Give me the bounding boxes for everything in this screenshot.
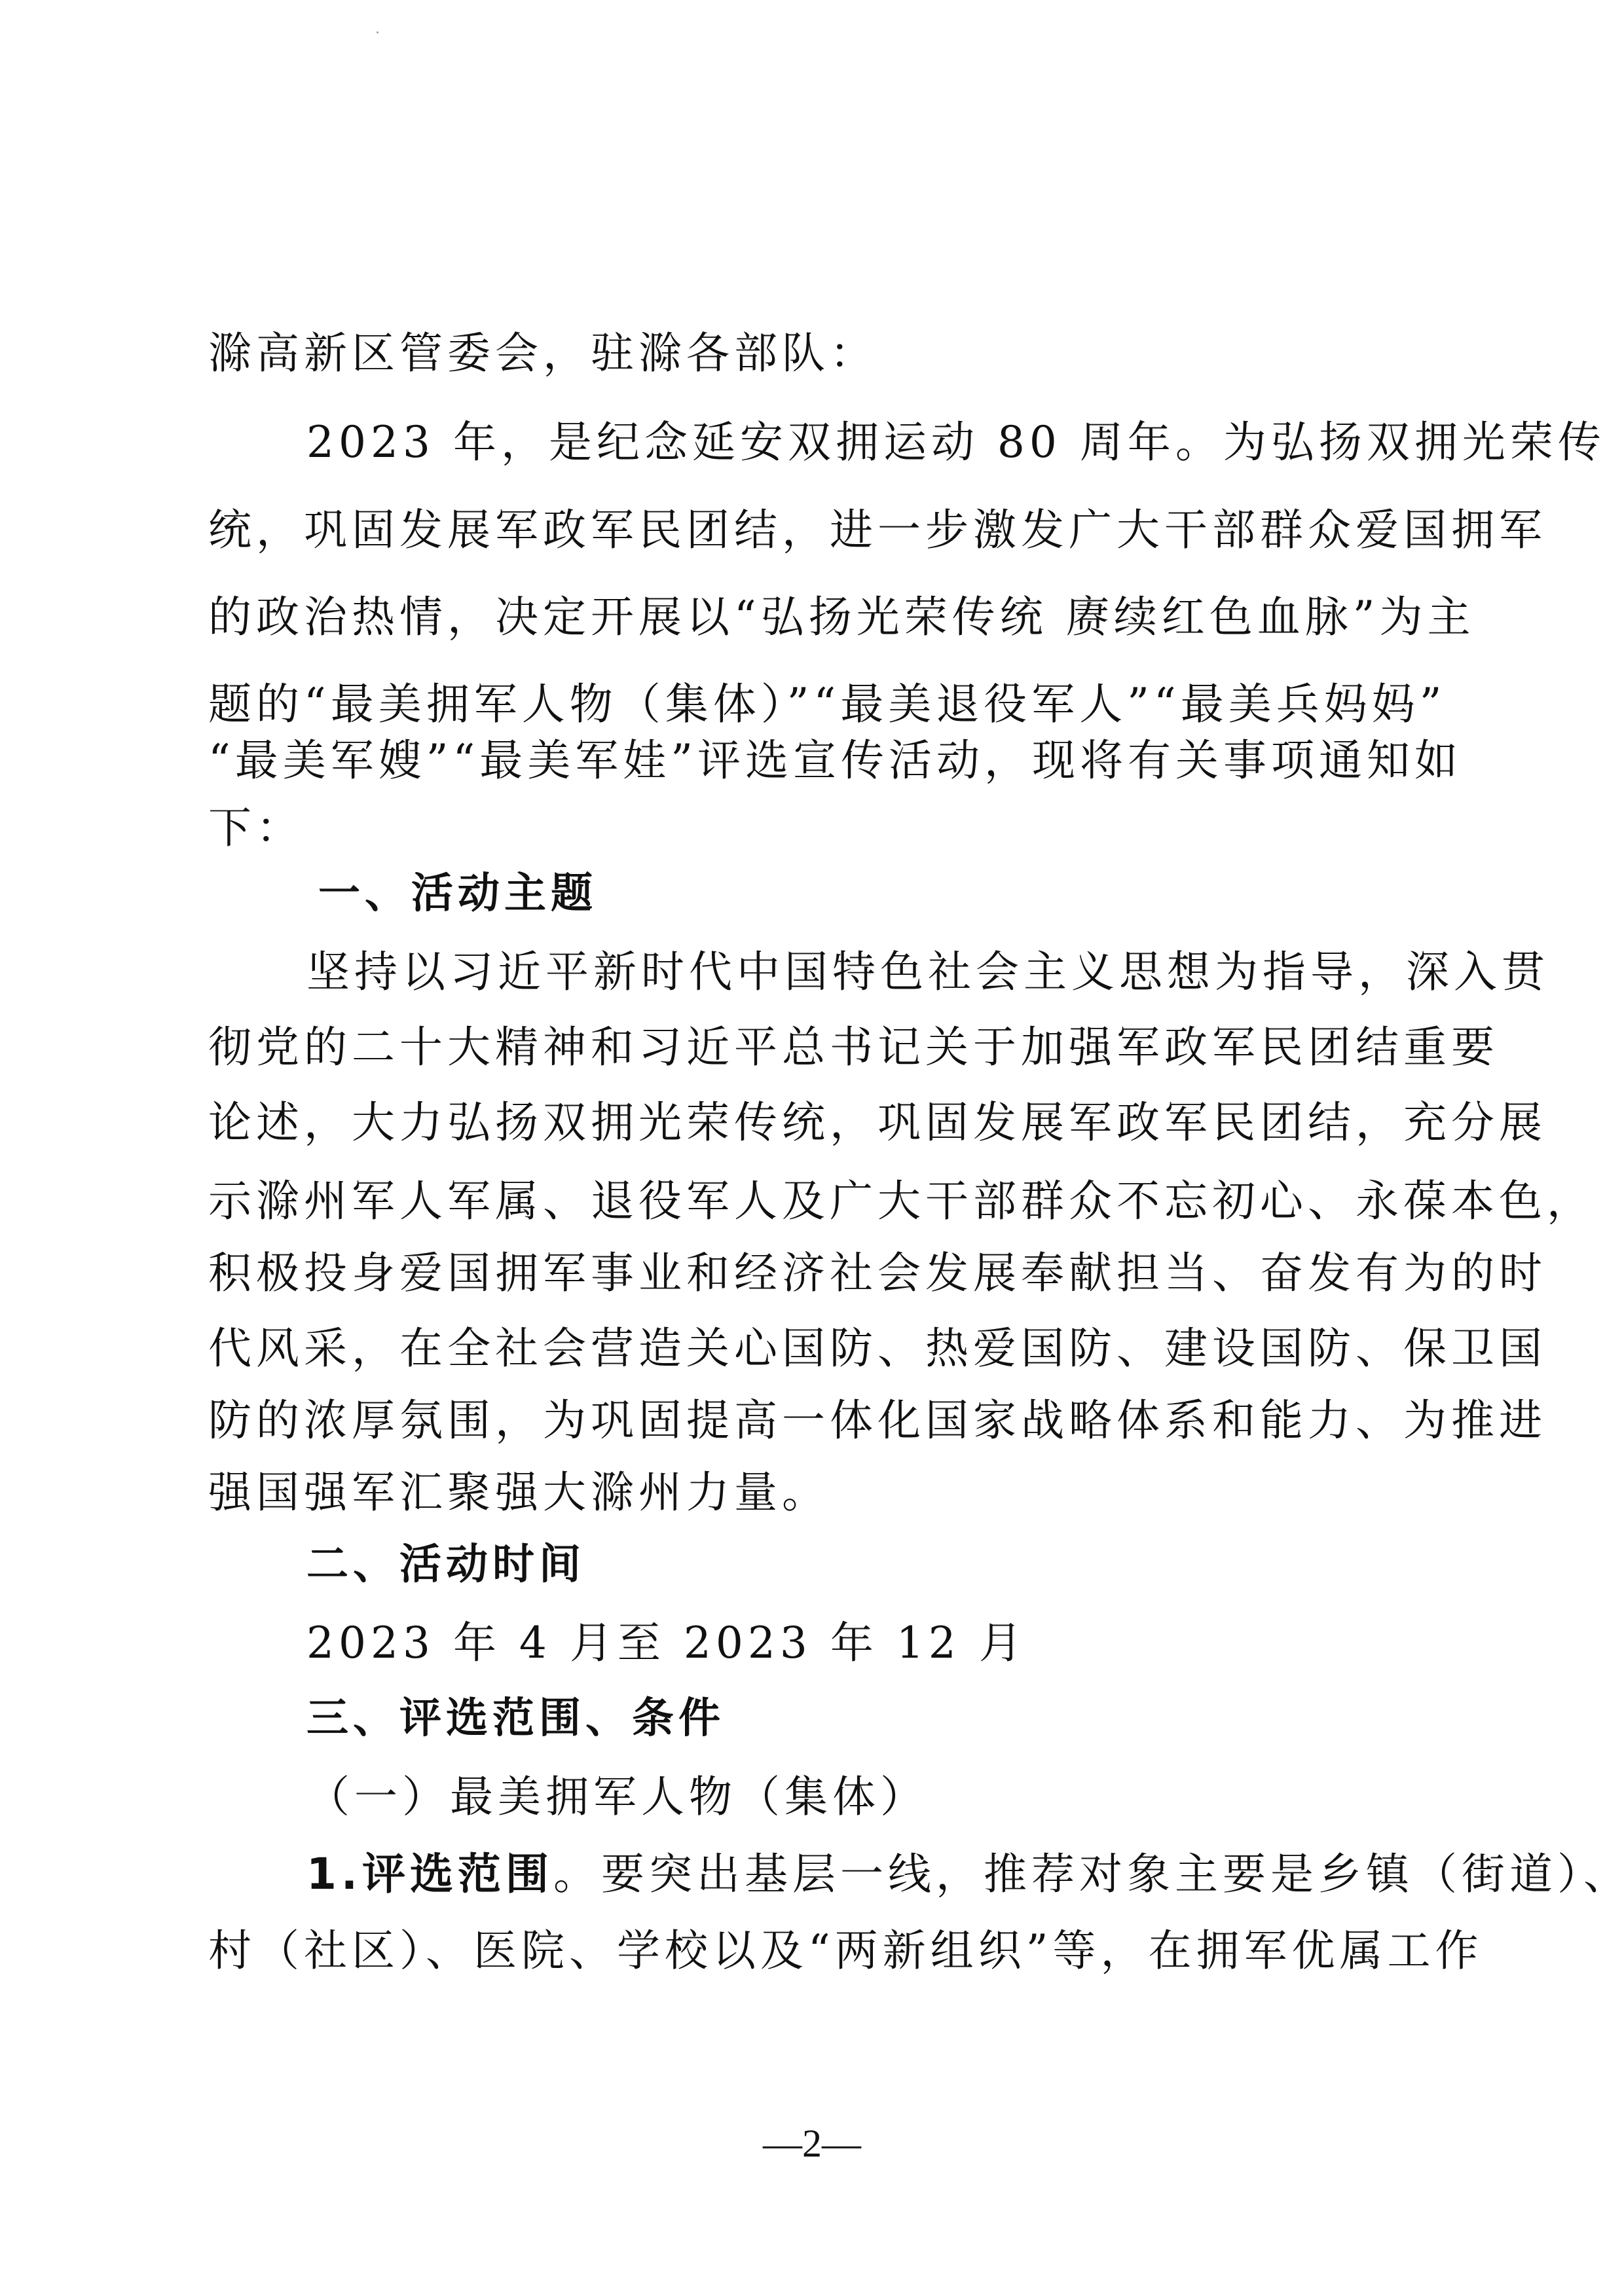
intro-line-1: 2023 年，是纪念延安双拥运动 80 周年。为弘扬双拥光荣传 <box>306 413 1606 472</box>
intro-line-5: “最美军嫂”“最美军娃”评选宣传活动，现将有关事项通知如 <box>208 731 1462 790</box>
time-content: 2023 年 4 月至 2023 年 12 月 <box>306 1614 1027 1673</box>
intro-line-3: 的政治热情，决定开展以“弘扬光荣传统 赓续红色血脉”为主 <box>208 588 1475 647</box>
theme-line-2: 彻党的二十大精神和习近平总书记关于加强军政军民团结重要 <box>208 1018 1499 1077</box>
intro-line-6: 下： <box>208 799 304 858</box>
scope-item-text: 。要突出基层一线，推荐对象主要是乡镇（街道）、 <box>553 1849 1624 1899</box>
scope-item-label: 1.评选范围 <box>306 1849 553 1899</box>
salutation-line: 滁高新区管委会，驻滁各部队： <box>208 324 877 383</box>
subheading-supporter: （一）最美拥军人物（集体） <box>306 1768 928 1827</box>
scan-speck <box>377 31 378 33</box>
intro-line-2: 统，巩固发展军政军民团结，进一步激发广大干部群众爱国拥军 <box>208 501 1547 560</box>
theme-line-6: 代风采，在全社会营造关心国防、热爱国防、建设国防、保卫国 <box>208 1319 1547 1378</box>
intro-line-4: 题的“最美拥军人物（集体）”“最美退役军人”“最美兵妈妈” <box>208 675 1446 734</box>
theme-line-1: 坚持以习近平新时代中国特色社会主义思想为指导，深入贯 <box>306 943 1549 1002</box>
theme-line-4: 示滁州军人军属、退役军人及广大干部群众不忘初心、永葆本色， <box>208 1172 1595 1231</box>
scope-item-line-2: 村（社区）、医院、学校以及“两新组织”等，在拥军优属工作 <box>208 1922 1483 1980</box>
scope-item-line-1: 1.评选范围。要突出基层一线，推荐对象主要是乡镇（街道）、 <box>306 1845 1624 1904</box>
document-page: 滁高新区管委会，驻滁各部队： 2023 年，是纪念延安双拥运动 80 周年。为弘… <box>0 0 1624 2296</box>
theme-line-7: 防的浓厚氛围，为巩固提高一体化国家战略体系和能力、为推进 <box>208 1391 1547 1450</box>
section-heading-theme: 一、活动主题 <box>318 864 597 923</box>
section-heading-scope: 三、评选范围、条件 <box>306 1689 725 1748</box>
theme-line-8: 强国强军汇聚强大滁州力量。 <box>208 1463 830 1522</box>
page-number: —2— <box>0 2121 1624 2166</box>
theme-line-3: 论述，大力弘扬双拥光荣传统，巩固发展军政军民团结，充分展 <box>208 1093 1547 1152</box>
section-heading-time: 二、活动时间 <box>306 1535 585 1594</box>
theme-line-5: 积极投身爱国拥军事业和经济社会发展奉献担当、奋发有为的时 <box>208 1244 1547 1303</box>
